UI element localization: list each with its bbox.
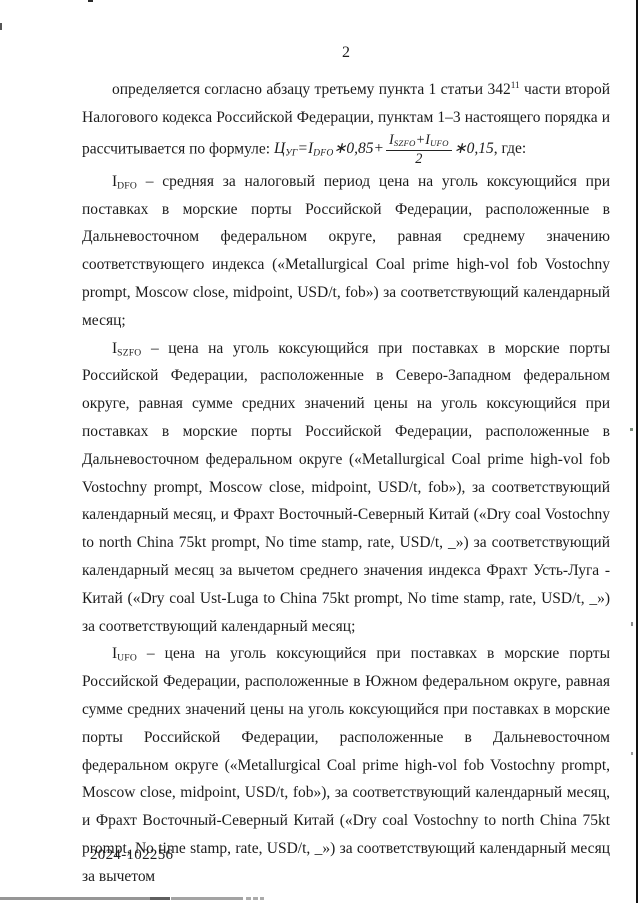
- barcode-segment: [150, 897, 170, 900]
- barcode-segment: [246, 897, 251, 900]
- paragraph-intro: определяется согласно абзацу третьему пу…: [82, 76, 610, 168]
- subscript: SZFO: [117, 347, 141, 358]
- formula-operator: ∗0,15: [454, 140, 494, 157]
- subscript: UFO: [430, 138, 449, 148]
- equals-sign: =: [298, 140, 308, 157]
- text-run: , где:: [494, 140, 526, 157]
- paragraph-term-dfo: IDFO – средняя за налоговый период цена …: [82, 168, 610, 335]
- subscript: DFO: [117, 180, 137, 191]
- footer-code: 2024-102256: [90, 847, 173, 864]
- term-symbol: IDFO: [112, 173, 137, 190]
- scan-speck: [631, 622, 633, 626]
- subscript: SZFO: [394, 138, 416, 148]
- formula-operator: ∗0,85+: [333, 140, 384, 157]
- term-symbol: ISZFO: [112, 340, 141, 357]
- fraction-numerator: ISZFO+IUFO: [386, 132, 452, 151]
- fraction: ISZFO+IUFO2: [386, 132, 452, 168]
- text-run: – цена на уголь коксующийся при поставка…: [82, 340, 610, 635]
- scan-right-edge-line: [636, 0, 638, 903]
- scan-speck: [88, 0, 93, 2]
- subscript: УГ: [285, 148, 297, 159]
- paragraph-term-szfo: ISZFO – цена на уголь коксующийся при по…: [82, 335, 610, 641]
- text-run: определяется согласно абзацу третьему пу…: [112, 81, 511, 98]
- fraction-denominator: 2: [386, 151, 452, 168]
- page-number: 2: [82, 44, 610, 62]
- scan-barcode-strip: [0, 897, 640, 901]
- formula: ЦУГ=IDFO∗0,85+ISZFO+IUFO2∗0,15, где:: [274, 140, 526, 157]
- subscript: UFO: [117, 653, 137, 664]
- barcode-segment: [253, 897, 258, 900]
- formula-lhs: Ц: [274, 140, 285, 157]
- subscript: DFO: [313, 148, 333, 159]
- plus-sign: +: [416, 132, 426, 148]
- scan-speck: [631, 752, 633, 755]
- text-run: – средняя за налоговый период цена на уг…: [82, 173, 610, 329]
- barcode-segment: [260, 897, 264, 900]
- footnote-superscript: 11: [511, 81, 520, 91]
- term-symbol: IUFO: [112, 645, 137, 662]
- scan-speck: [630, 428, 633, 431]
- scan-speck: [0, 23, 2, 30]
- barcode-segment: [171, 897, 243, 900]
- document-body: определяется согласно абзацу третьему пу…: [82, 76, 610, 891]
- document-page: 2 определяется согласно абзацу третьему …: [0, 0, 640, 903]
- barcode-segment: [0, 897, 150, 900]
